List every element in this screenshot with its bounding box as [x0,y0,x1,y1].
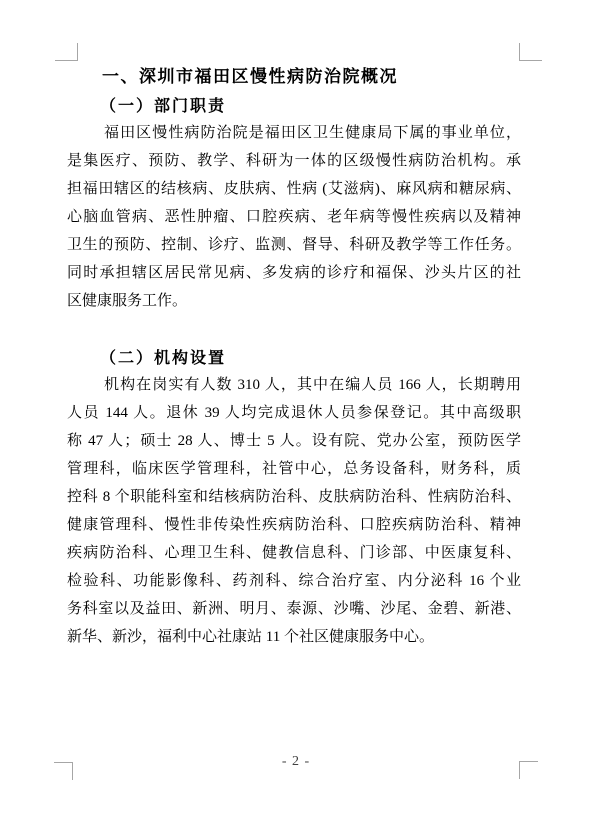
body-line: 控科 8 个职能科室和结核病防治科、皮肤病防治科、性病防治科、 [67,483,521,511]
body-line: 同时承担辖区居民常见病、多发病的诊疗和福保、沙头片区的社 [67,259,521,287]
document-page: 一、深圳市福田区慢性病防治院概况 （一）部门职责 福田区慢性病防治院是福田区卫生… [0,0,592,816]
document-title: 一、深圳市福田区慢性病防治院概况 [67,62,521,87]
body-line: 疾病防治科、心理卫生科、健教信息科、门诊部、中医康复科、 [67,539,521,567]
body-line: 健康管理科、慢性非传染性疾病防治科、口腔疾病防治科、精神 [67,511,521,539]
crop-mark-top-left [55,43,78,61]
section-1-paragraph: 福田区慢性病防治院是福田区卫生健康局下属的事业单位， 是集医疗、预防、教学、科研… [67,119,521,315]
body-line: 新华、新沙，福利中心社康站 11 个社区健康服务中心。 [67,623,521,651]
body-line: 福田区慢性病防治院是福田区卫生健康局下属的事业单位， [67,119,521,147]
section-heading-2: （二）机构设置 [67,345,521,368]
section-2-paragraph: 机构在岗实有人数 310 人，其中在编人员 166 人，长期聘用 人员 144 … [67,371,521,651]
page-number: - 2 - [0,754,592,770]
body-line: 称 47 人；硕士 28 人、博士 5 人。设有院、党办公室，预防医学 [67,427,521,455]
body-line: 管理科，临床医学管理科，社管中心，总务设备科，财务科，质 [67,455,521,483]
body-line: 担福田辖区的结核病、皮肤病、性病 (艾滋病)、麻风病和糖尿病、 [67,175,521,203]
body-line: 务科室以及益田、新洲、明月、泰源、沙嘴、沙尾、金碧、新港、 [67,595,521,623]
body-line: 卫生的预防、控制、诊疗、监测、督导、科研及教学等工作任务。 [67,231,521,259]
body-line: 检验科、功能影像科、药剂科、综合治疗室、内分泌科 16 个业 [67,567,521,595]
body-line: 心脑血管病、恶性肿瘤、口腔疾病、老年病等慢性疾病以及精神 [67,203,521,231]
body-line: 是集医疗、预防、教学、科研为一体的区级慢性病防治机构。承 [67,147,521,175]
body-line: 人员 144 人。退休 39 人均完成退休人员参保登记。其中高级职 [67,399,521,427]
crop-mark-top-right [519,43,542,61]
body-line: 区健康服务工作。 [67,287,521,315]
body-line: 机构在岗实有人数 310 人，其中在编人员 166 人，长期聘用 [67,371,521,399]
section-heading-1: （一）部门职责 [67,93,521,116]
